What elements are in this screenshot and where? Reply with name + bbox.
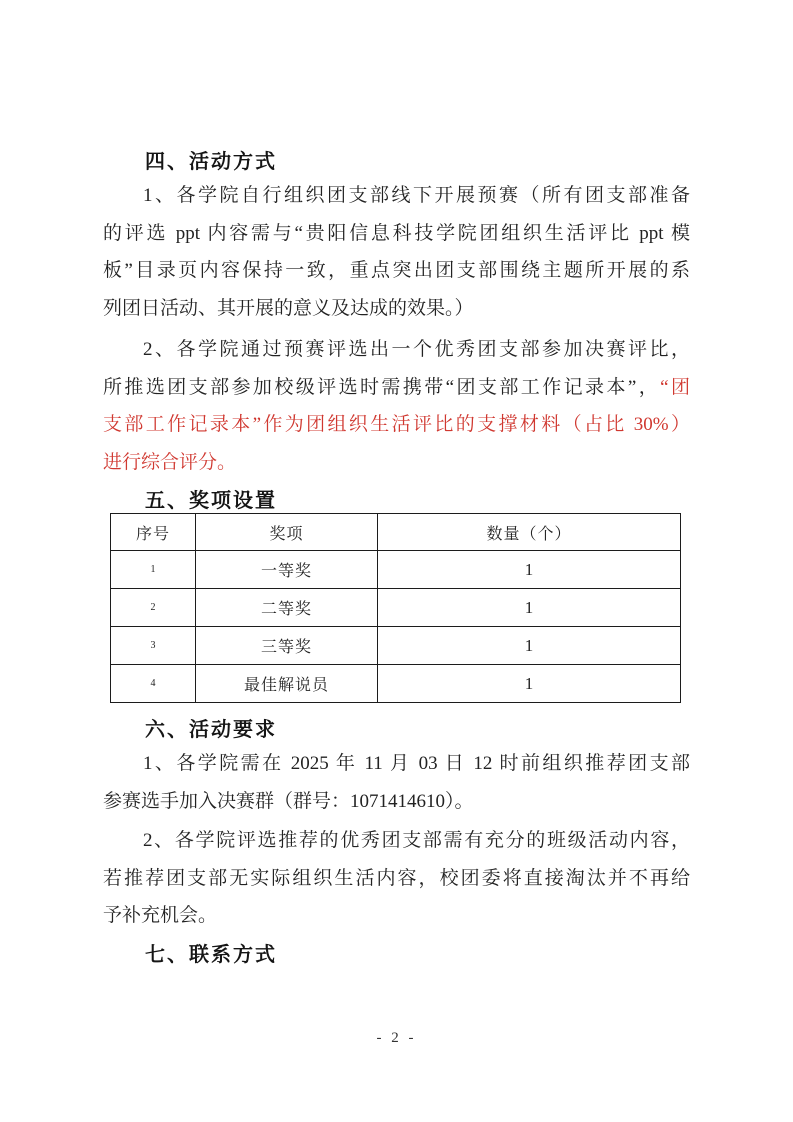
- paragraph-text-red: “团: [660, 377, 690, 398]
- award-row-index: 1: [111, 551, 196, 589]
- awards-header-quantity: 数量（个）: [378, 514, 681, 551]
- award-row-index: 4: [111, 665, 196, 703]
- paragraph-line: 2、各学院评选推荐的优秀团支部需有充分的班级活动内容，: [103, 822, 690, 860]
- paragraph-line: 2、各学院通过预赛评选出一个优秀团支部参加决赛评比，: [103, 331, 690, 369]
- award-row-prize: 三等奖: [196, 627, 378, 665]
- paragraph-line: 列团日活动、其开展的意义及达成的效果。）: [103, 290, 690, 328]
- award-row-quantity: 1: [378, 551, 681, 589]
- section-4-paragraph-1: 1、各学院自行组织团支部线下开展预赛（所有团支部准备 的评选 ppt 内容需与“…: [103, 177, 690, 327]
- award-row-quantity: 1: [378, 665, 681, 703]
- award-row-prize: 最佳解说员: [196, 665, 378, 703]
- award-row-index: 2: [111, 589, 196, 627]
- page-number: - 2 -: [0, 1030, 793, 1047]
- section-6-paragraph-2: 2、各学院评选推荐的优秀团支部需有充分的班级活动内容， 若推荐团支部无实际组织生…: [103, 822, 690, 935]
- paragraph-text-black: 所推选团支部参加校级评选时需携带“团支部工作记录本”，: [103, 377, 660, 398]
- awards-table-row: 1 一等奖 1: [111, 551, 681, 589]
- awards-table-header-row: 序号 奖项 数量（个）: [111, 514, 681, 551]
- awards-table-row: 3 三等奖 1: [111, 627, 681, 665]
- section-7-heading: 七、联系方式: [145, 938, 277, 967]
- award-row-quantity: 1: [378, 589, 681, 627]
- paragraph-line: 1、各学院需在 2025 年 11 月 03 日 12 时前组织推荐团支部: [103, 745, 690, 783]
- awards-header-index: 序号: [111, 514, 196, 551]
- section-4-paragraph-2: 2、各学院通过预赛评选出一个优秀团支部参加决赛评比， 所推选团支部参加校级评选时…: [103, 331, 690, 481]
- paragraph-line: 的评选 ppt 内容需与“贵阳信息科技学院团组织生活评比 ppt 模: [103, 215, 690, 253]
- award-row-prize: 一等奖: [196, 551, 378, 589]
- paragraph-line-red: 进行综合评分。: [103, 444, 690, 482]
- section-6-paragraph-1: 1、各学院需在 2025 年 11 月 03 日 12 时前组织推荐团支部 参赛…: [103, 745, 690, 820]
- paragraph-line: 参赛选手加入决赛群（群号：1071414610）。: [103, 783, 690, 821]
- award-row-index: 3: [111, 627, 196, 665]
- paragraph-line-red: 支部工作记录本”作为团组织生活评比的支撑材料（占比 30%）: [103, 406, 690, 444]
- paragraph-line: 若推荐团支部无实际组织生活内容，校团委将直接淘汰并不再给: [103, 860, 690, 898]
- section-4-heading: 四、活动方式: [145, 145, 277, 174]
- paragraph-line: 1、各学院自行组织团支部线下开展预赛（所有团支部准备: [103, 177, 690, 215]
- paragraph-line: 予补充机会。: [103, 897, 690, 935]
- paragraph-line: 所推选团支部参加校级评选时需携带“团支部工作记录本”，“团: [103, 369, 690, 407]
- document-page: 四、活动方式 1、各学院自行组织团支部线下开展预赛（所有团支部准备 的评选 pp…: [0, 0, 793, 1122]
- awards-table-row: 4 最佳解说员 1: [111, 665, 681, 703]
- awards-header-prize: 奖项: [196, 514, 378, 551]
- section-5-heading: 五、奖项设置: [145, 484, 277, 513]
- awards-table-row: 2 二等奖 1: [111, 589, 681, 627]
- award-row-prize: 二等奖: [196, 589, 378, 627]
- award-row-quantity: 1: [378, 627, 681, 665]
- awards-table: 序号 奖项 数量（个） 1 一等奖 1 2 二等奖 1 3 三等奖 1 4 最佳: [110, 513, 681, 703]
- paragraph-line: 板”目录页内容保持一致，重点突出团支部围绕主题所开展的系: [103, 252, 690, 290]
- section-6-heading: 六、活动要求: [145, 713, 277, 742]
